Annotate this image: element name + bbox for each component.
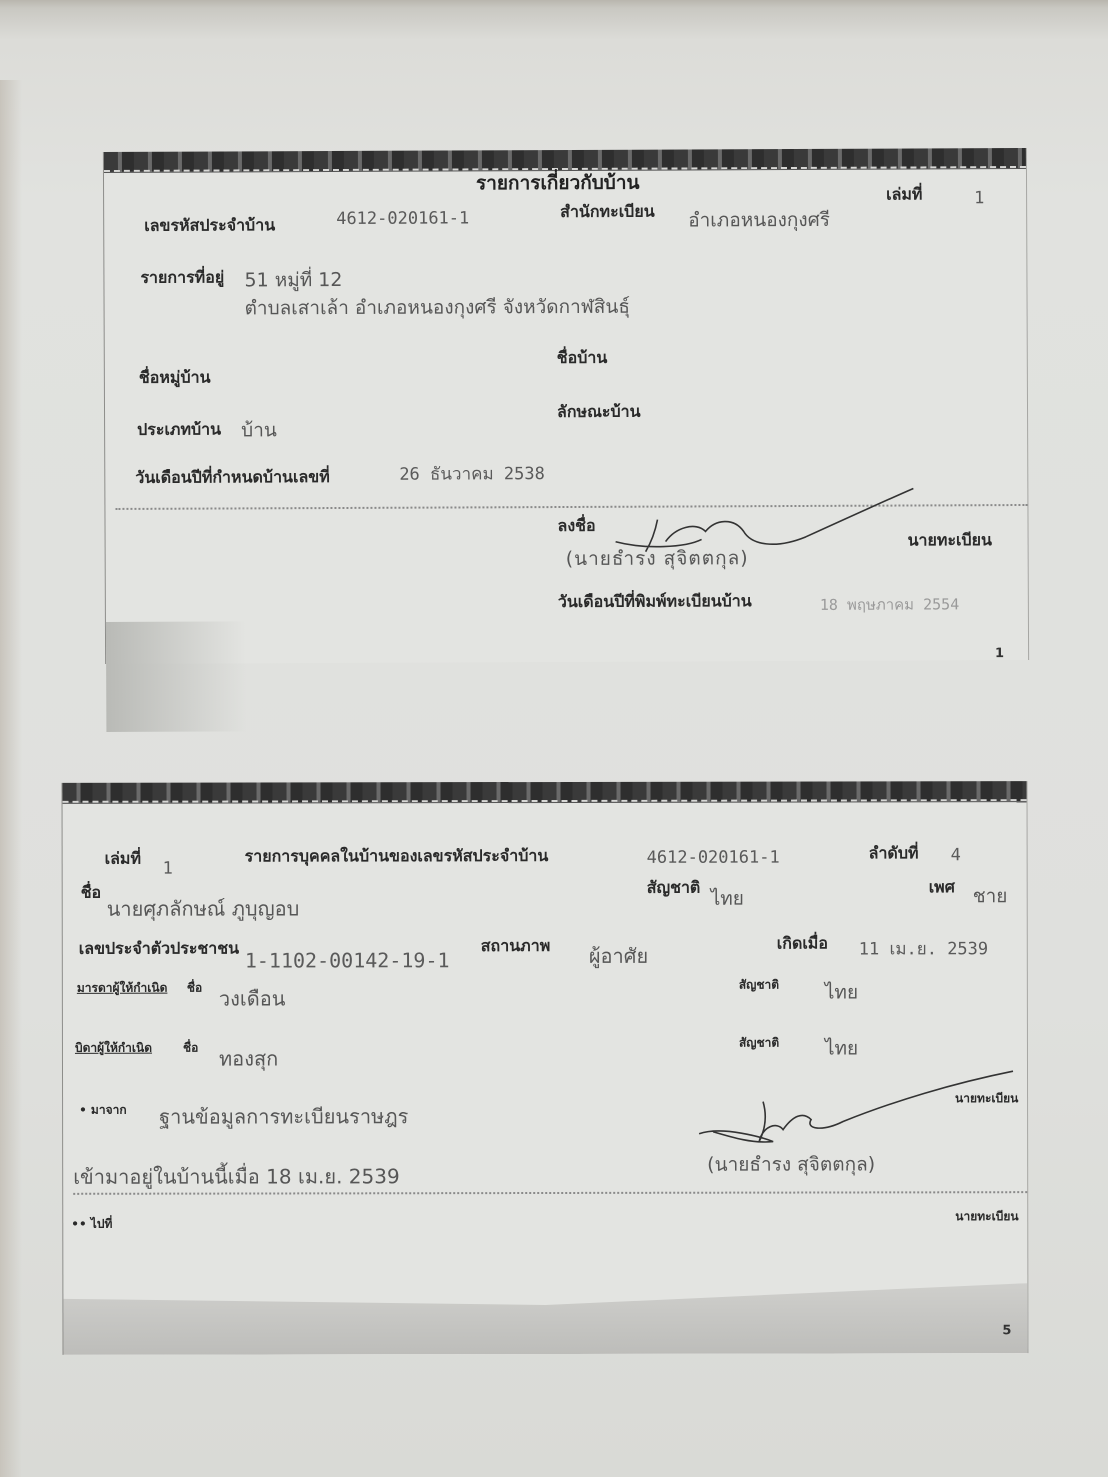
- fold-shadow: [106, 621, 246, 732]
- signed-label: ลงชื่อ: [557, 514, 595, 539]
- house-name-label: ชื่อบ้าน: [557, 346, 608, 371]
- mother-name-value: วงเดือน: [219, 982, 286, 1014]
- page-number: 1: [995, 646, 1004, 661]
- status-value: ผู้อาศัย: [589, 940, 648, 972]
- person-record-card: เล่มที่ 1 รายการบุคคลในบ้านของเลขรหัสประ…: [62, 781, 1029, 1355]
- sex-value: ชาย: [973, 881, 1008, 911]
- father-label: บิดาผู้ให้กำเนิด: [75, 1039, 152, 1058]
- registrar-title: นายทะเบียน: [908, 528, 992, 553]
- mother-name-label: ชื่อ: [187, 979, 202, 998]
- page-number: 5: [1002, 1323, 1011, 1338]
- registrar-name: (นายธำรง สุจิตตกุล): [566, 543, 749, 574]
- nationality-value: ไทย: [711, 884, 744, 914]
- assigned-date-value: 26 ธันวาคม 2538: [399, 460, 545, 488]
- print-date-label: วันเดือนปีที่พิมพ์ทะเบียนบ้าน: [558, 589, 752, 615]
- volume-value: 1: [163, 859, 173, 879]
- address-label: รายการที่อยู่: [140, 265, 224, 290]
- father-name-value: ทองสุก: [219, 1042, 278, 1074]
- name-label: ชื่อ: [81, 881, 102, 906]
- status-label: สถานภาพ: [481, 934, 550, 959]
- photo-edge-shadow: [0, 80, 22, 1477]
- moved-in-text: เข้ามาอยู่ในบ้านนี้เมื่อ 18 เม.ย. 2539: [73, 1160, 400, 1193]
- father-nationality-value: ไทย: [825, 1033, 858, 1063]
- perforated-edge: [63, 781, 1027, 803]
- house-code-label: เลขรหัสประจำบ้าน: [144, 213, 275, 239]
- address-line1: 51 หมู่ที่ 12: [244, 265, 342, 295]
- moved-from-value: ฐานข้อมูลการทะเบียนราษฎร: [159, 1100, 408, 1132]
- citizen-id-label: เลขประจำตัวประชาชน: [79, 937, 239, 962]
- volume-value: 1: [974, 188, 984, 208]
- registrar-signature: [693, 1071, 1023, 1162]
- registry-office-value: อำเภอหนองกุงศรี: [688, 205, 830, 236]
- house-type-label: ประเภทบ้าน: [137, 418, 221, 443]
- order-label: ลำดับที่: [869, 841, 919, 866]
- born-value: 11 เม.ย. 2539: [859, 935, 988, 962]
- order-value: 4: [951, 845, 961, 865]
- bottom-shading: [63, 1283, 1027, 1355]
- volume-label: เล่มที่: [105, 847, 141, 872]
- print-date-value: 18 พฤษภาคม 2554: [820, 592, 959, 617]
- house-record-card: รายการเกี่ยวกับบ้าน เล่มที่ 1 เลขรหัสประ…: [103, 148, 1029, 664]
- moved-from-label: • มาจาก: [79, 1101, 127, 1120]
- house-type-value: บ้าน: [241, 415, 277, 445]
- moved-to-registrar-title: นายทะเบียน: [955, 1207, 1018, 1226]
- registry-office-label: สำนักทะเบียน: [560, 200, 655, 225]
- mother-nationality-label: สัญชาติ: [739, 976, 779, 995]
- father-nationality-label: สัญชาติ: [739, 1034, 779, 1053]
- citizen-id-value: 1-1102-00142-19-1: [245, 948, 450, 972]
- mother-label: มารดาผู้ให้กำเนิด: [77, 979, 168, 998]
- person-record-title: รายการบุคคลในบ้านของเลขรหัสประจำบ้าน: [245, 844, 549, 870]
- moved-to-label: •• ไปที่: [71, 1215, 112, 1234]
- assigned-date-label: วันเดือนปีที่กำหนดบ้านเลขที่: [135, 465, 330, 491]
- registrar-name: (นายธำรง สุจิตตกุล): [707, 1149, 875, 1179]
- sex-label: เพศ: [929, 875, 955, 900]
- village-name-label: ชื่อหมู่บ้าน: [139, 366, 211, 391]
- address-line2: ตำบลเสาเล้า อำเภอหนองกุงศรี จังหวัดกาฬสิ…: [245, 292, 631, 324]
- father-name-label: ชื่อ: [183, 1039, 198, 1058]
- mother-nationality-value: ไทย: [825, 977, 858, 1007]
- house-character-label: ลักษณะบ้าน: [557, 400, 641, 425]
- name-value: นายศุภลักษณ์ ภูบุญอบ: [107, 892, 300, 924]
- house-record-title: รายการเกี่ยวกับบ้าน: [476, 168, 640, 199]
- volume-label: เล่มที่: [886, 182, 922, 207]
- born-label: เกิดเมื่อ: [777, 932, 828, 957]
- nationality-label: สัญชาติ: [647, 876, 701, 901]
- house-code-value: 4612-020161-1: [336, 208, 469, 229]
- house-code-value: 4612-020161-1: [647, 848, 780, 868]
- dotted-divider: [73, 1191, 1027, 1195]
